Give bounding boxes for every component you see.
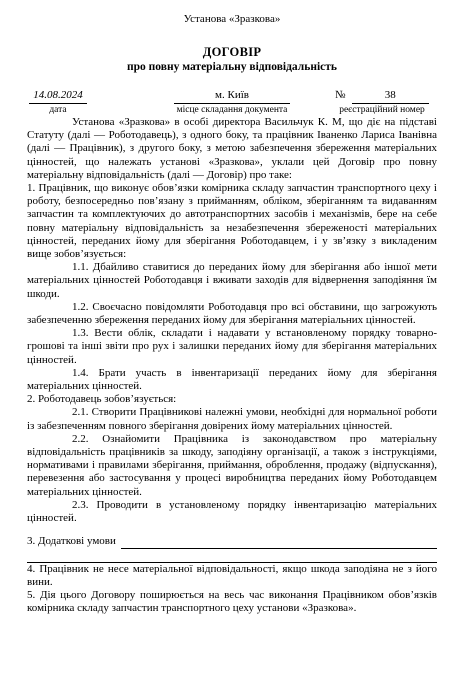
clause-2-3: 2.3. Проводити в установленому порядку і… <box>27 499 437 525</box>
requisites-row: 14.08.2024 дата м. Київ місце складання … <box>27 89 437 116</box>
registration-number-label: реєстраційний номер <box>335 105 429 116</box>
clause-3-row: 3. Додаткові умови <box>27 535 437 548</box>
clause-2-2: 2.2. Ознайомити Працівника із законодавс… <box>27 433 437 499</box>
place-value: м. Київ <box>174 89 290 104</box>
clause-5: 5. Дія цього Договору поширюється на вес… <box>27 589 437 615</box>
registration-number-row: № 38 <box>335 89 429 104</box>
organization-name: Установа «Зразкова» <box>27 13 437 26</box>
date-label: дата <box>29 105 87 116</box>
clause-1-2: 1.2. Своєчасно повідомляти Роботодавця п… <box>27 301 437 327</box>
intro-paragraph: Установа «Зразкова» в особі директора Ва… <box>27 116 437 182</box>
document-page: Установа «Зразкова» ДОГОВІР про повну ма… <box>0 0 464 676</box>
additional-terms-blank-line <box>27 549 437 563</box>
document-title: ДОГОВІР <box>27 45 437 60</box>
place-block: м. Київ місце складання документа <box>167 89 297 116</box>
clause-1-4: 1.4. Брати участь в інвентаризації перед… <box>27 367 437 393</box>
clause-1: 1. Працівник, що виконує обов’язки комір… <box>27 182 437 261</box>
clause-3-label: 3. Додаткові умови <box>27 535 116 548</box>
number-sign: № <box>335 89 346 104</box>
clause-1-3: 1.3. Вести облік, складати і надавати у … <box>27 327 437 367</box>
document-subtitle: про повну матеріальну відповідальність <box>27 60 437 74</box>
clause-2: 2. Роботодавець зобов’язується: <box>27 393 437 406</box>
clause-2-1: 2.1. Створити Працівникові належні умови… <box>27 406 437 432</box>
place-label: місце складання документа <box>167 105 297 116</box>
document-body: Установа «Зразкова» в особі директора Ва… <box>27 116 437 615</box>
clause-1-1: 1.1. Дбайливо ставитися до переданих йом… <box>27 261 437 301</box>
registration-number-block: № 38 реєстраційний номер <box>335 89 429 116</box>
clause-4: 4. Працівник не несе матеріальної відпов… <box>27 563 437 589</box>
title-block: ДОГОВІР про повну матеріальну відповідал… <box>27 45 437 74</box>
registration-number-value: 38 <box>352 89 430 104</box>
additional-terms-fill-line <box>121 535 437 548</box>
date-block: 14.08.2024 дата <box>29 89 87 116</box>
date-value: 14.08.2024 <box>29 89 87 104</box>
